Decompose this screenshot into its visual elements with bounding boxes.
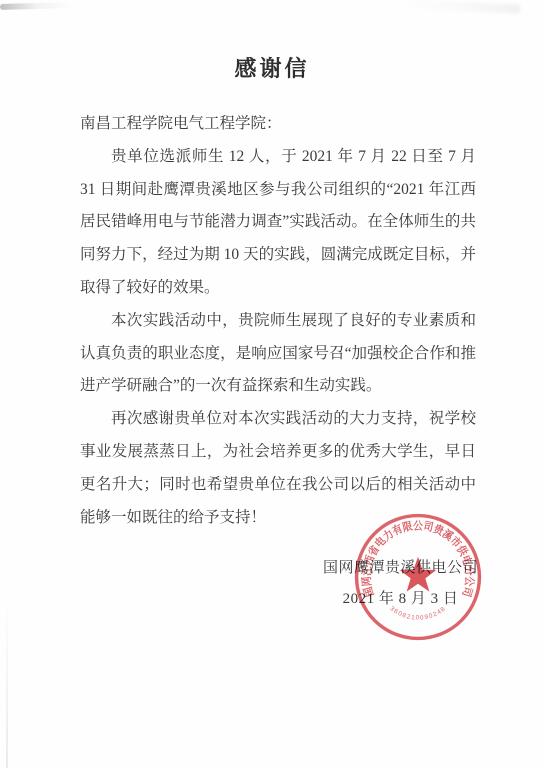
scan-artifact-top-left (0, 2, 74, 10)
seal-star-icon (400, 557, 437, 592)
official-seal-stamp: 国网江西省电力有限公司贵溪市供电分公司 3608210090248 (352, 511, 484, 643)
letter-body: 南昌工程学院电气工程学院： 贵单位选派师生 12 人，于 2021 年 7 月 … (80, 108, 476, 534)
scan-artifact-left-edge (6, 598, 8, 768)
seal-serial-number: 3608210090248 (389, 605, 448, 622)
letter-title: 感谢信 (0, 52, 544, 83)
letter-paragraph-1: 贵单位选派师生 12 人，于 2021 年 7 月 22 日至 7 月 31 日… (80, 141, 476, 305)
letter-salutation: 南昌工程学院电气工程学院： (80, 108, 476, 141)
scan-artifact-top-right (400, 0, 520, 14)
letter-paragraph-2: 本次实践活动中，贵院师生展现了良好的专业素质和认真负责的职业态度，是响应国家号召… (80, 305, 476, 403)
